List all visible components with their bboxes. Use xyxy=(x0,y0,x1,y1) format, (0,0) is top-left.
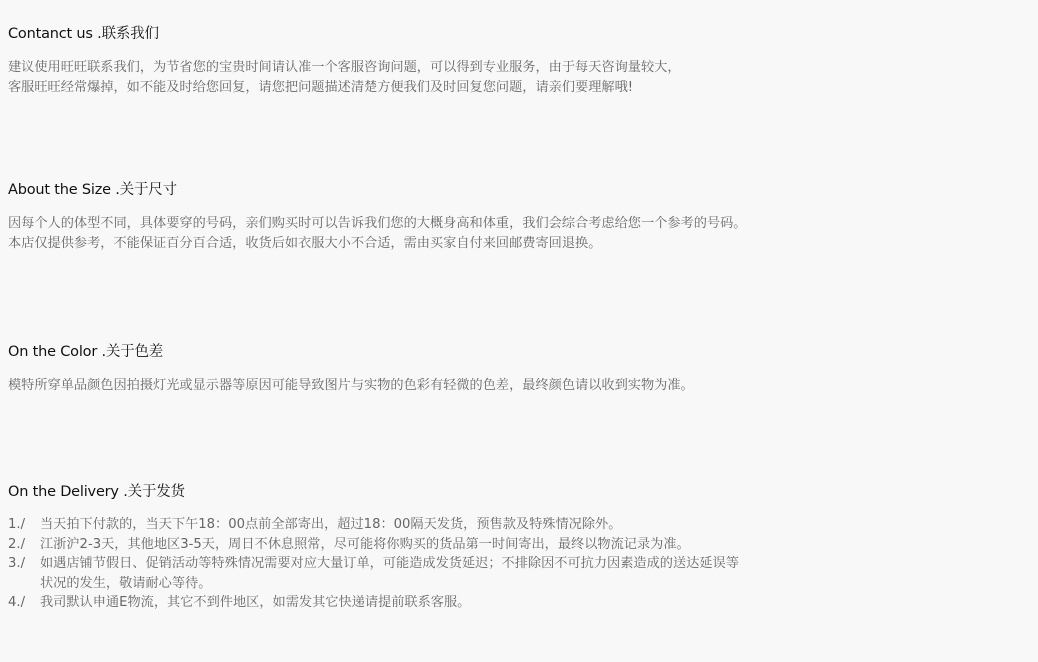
list-text: 当天拍下付款的，当天下午18：00点前全部寄出，超过18：00隔天发货，预售款及… xyxy=(40,517,621,532)
list-item: 1./当天拍下付款的，当天下午18：00点前全部寄出，超过18：00隔天发货，预… xyxy=(8,515,1038,535)
section-contact: Contanct us .联系我们 建议使用旺旺联系我们，为节省您的宝贵时间请认… xyxy=(8,24,1038,98)
section-heading-delivery: On the Delivery .关于发货 xyxy=(8,482,1038,502)
section-heading-contact: Contanct us .联系我们 xyxy=(8,24,1038,44)
section-body-contact: 建议使用旺旺联系我们，为节省您的宝贵时间请认准一个客服咨询问题，可以得到专业服务… xyxy=(8,58,1038,98)
list-number: 2./ xyxy=(8,535,40,555)
list-text: 如遇店铺节假日、促销活动等特殊情况需要对应大量订单，可能造成发货延迟；不排除因不… xyxy=(40,556,739,571)
list-number: 3./ xyxy=(8,554,40,574)
section-delivery: On the Delivery .关于发货 1./当天拍下付款的，当天下午18：… xyxy=(8,482,1038,613)
delivery-list: 1./当天拍下付款的，当天下午18：00点前全部寄出，超过18：00隔天发货，预… xyxy=(8,515,1038,613)
section-size: About the Size .关于尺寸 因每个人的体型不同，具体要穿的号码，亲… xyxy=(8,180,1038,254)
section-body-color: 模特所穿单品颜色因拍摄灯光或显示器等原因可能导致图片与实物的色彩有轻微的色差，最… xyxy=(8,376,1038,396)
paragraph-line: 模特所穿单品颜色因拍摄灯光或显示器等原因可能导致图片与实物的色彩有轻微的色差，最… xyxy=(8,376,1038,396)
paragraph-line: 建议使用旺旺联系我们，为节省您的宝贵时间请认准一个客服咨询问题，可以得到专业服务… xyxy=(8,58,1038,78)
list-item: 2./江浙沪2-3天，其他地区3-5天，周日不休息照常，尽可能将你购买的货品第一… xyxy=(8,535,1038,555)
section-body-size: 因每个人的体型不同，具体要穿的号码，亲们购买时可以告诉我们您的大概身高和体重，我… xyxy=(8,214,1038,254)
section-heading-color: On the Color .关于色差 xyxy=(8,342,1038,362)
paragraph-line: 本店仅提供参考，不能保证百分百合适，收货后如衣服大小不合适，需由买家自付来回邮费… xyxy=(8,234,1038,254)
list-text-continuation: 状况的发生，敬请耐心等待。 xyxy=(8,574,1038,594)
list-item: 3./如遇店铺节假日、促销活动等特殊情况需要对应大量订单，可能造成发货延迟；不排… xyxy=(8,554,1038,593)
section-color: On the Color .关于色差 模特所穿单品颜色因拍摄灯光或显示器等原因可… xyxy=(8,342,1038,396)
list-text: 我司默认申通E物流，其它不到件地区，如需发其它快递请提前联系客服。 xyxy=(40,595,470,610)
list-number: 4./ xyxy=(8,593,40,613)
list-number: 1./ xyxy=(8,515,40,535)
list-text: 江浙沪2-3天，其他地区3-5天，周日不休息照常，尽可能将你购买的货品第一时间寄… xyxy=(40,537,690,552)
paragraph-line: 因每个人的体型不同，具体要穿的号码，亲们购买时可以告诉我们您的大概身高和体重，我… xyxy=(8,214,1038,234)
paragraph-line: 客服旺旺经常爆掉，如不能及时给您回复，请您把问题描述清楚方便我们及时回复您问题，… xyxy=(8,78,1038,98)
section-heading-size: About the Size .关于尺寸 xyxy=(8,180,1038,200)
list-item: 4./我司默认申通E物流，其它不到件地区，如需发其它快递请提前联系客服。 xyxy=(8,593,1038,613)
